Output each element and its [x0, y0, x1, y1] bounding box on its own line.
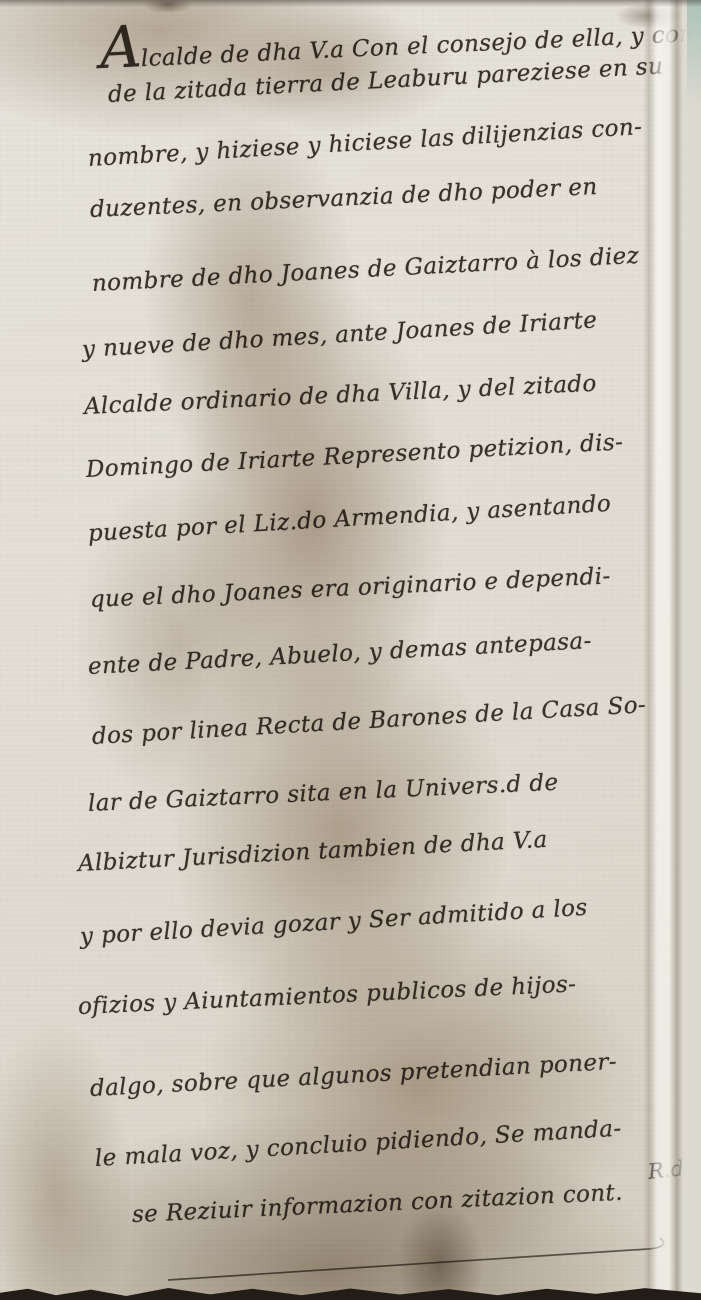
manuscript-line-18: le mala voz, y concluio pidiendo, Se man… — [94, 1116, 622, 1172]
manuscript-line-17: dalgo, sobre que algunos pretendian pone… — [89, 1049, 617, 1102]
manuscript-line-13: lar de Gaiztarro sita en la Univers.d de — [87, 770, 559, 817]
manuscript-line-14: Albiztur Jurisdizion tambien de dha V.a — [77, 827, 548, 877]
manuscript-line-5: nombre de dho Joanes de Gaiztarro à los … — [91, 243, 639, 297]
manuscript-line-3: nombre, y hiziese y hiciese las dilijenz… — [87, 114, 643, 172]
manuscript-line-11: ente de Padre, Abuelo, y demas antepasa- — [87, 628, 592, 680]
manuscript-line-15: y por ello devia gozar y Ser admitido a … — [79, 895, 588, 950]
manuscript-line-16: ofizios y Aiuntamientos publicos de hijo… — [77, 971, 576, 1020]
manuscript-line-4: duzentes, en observanzia de dho poder en — [89, 174, 598, 223]
manuscript-line-8: Domingo de Iriarte Represento petizion, … — [85, 429, 624, 483]
margin-note: R.d — [647, 1156, 685, 1184]
manuscript-line-7: Alcalde ordinario de dha Villa, y del zi… — [83, 371, 597, 420]
manuscript-line-9: puesta por el Liz.do Armendia, y asentan… — [87, 491, 612, 547]
manuscript-line-6: y nueve de dho mes, ante Joanes de Iriar… — [81, 307, 598, 363]
manuscript-line-10: que el dho Joanes era originario e depen… — [89, 563, 611, 613]
manuscript-text-block: Alcalde de dha V.a Con el consejo de ell… — [0, 0, 701, 1300]
manuscript-page: Alcalde de dha V.a Con el consejo de ell… — [0, 0, 701, 1300]
manuscript-line-12: dos por linea Recta de Barones de la Cas… — [91, 692, 647, 750]
manuscript-line-19: se Reziuir informazion con zitazion cont… — [131, 1180, 623, 1228]
